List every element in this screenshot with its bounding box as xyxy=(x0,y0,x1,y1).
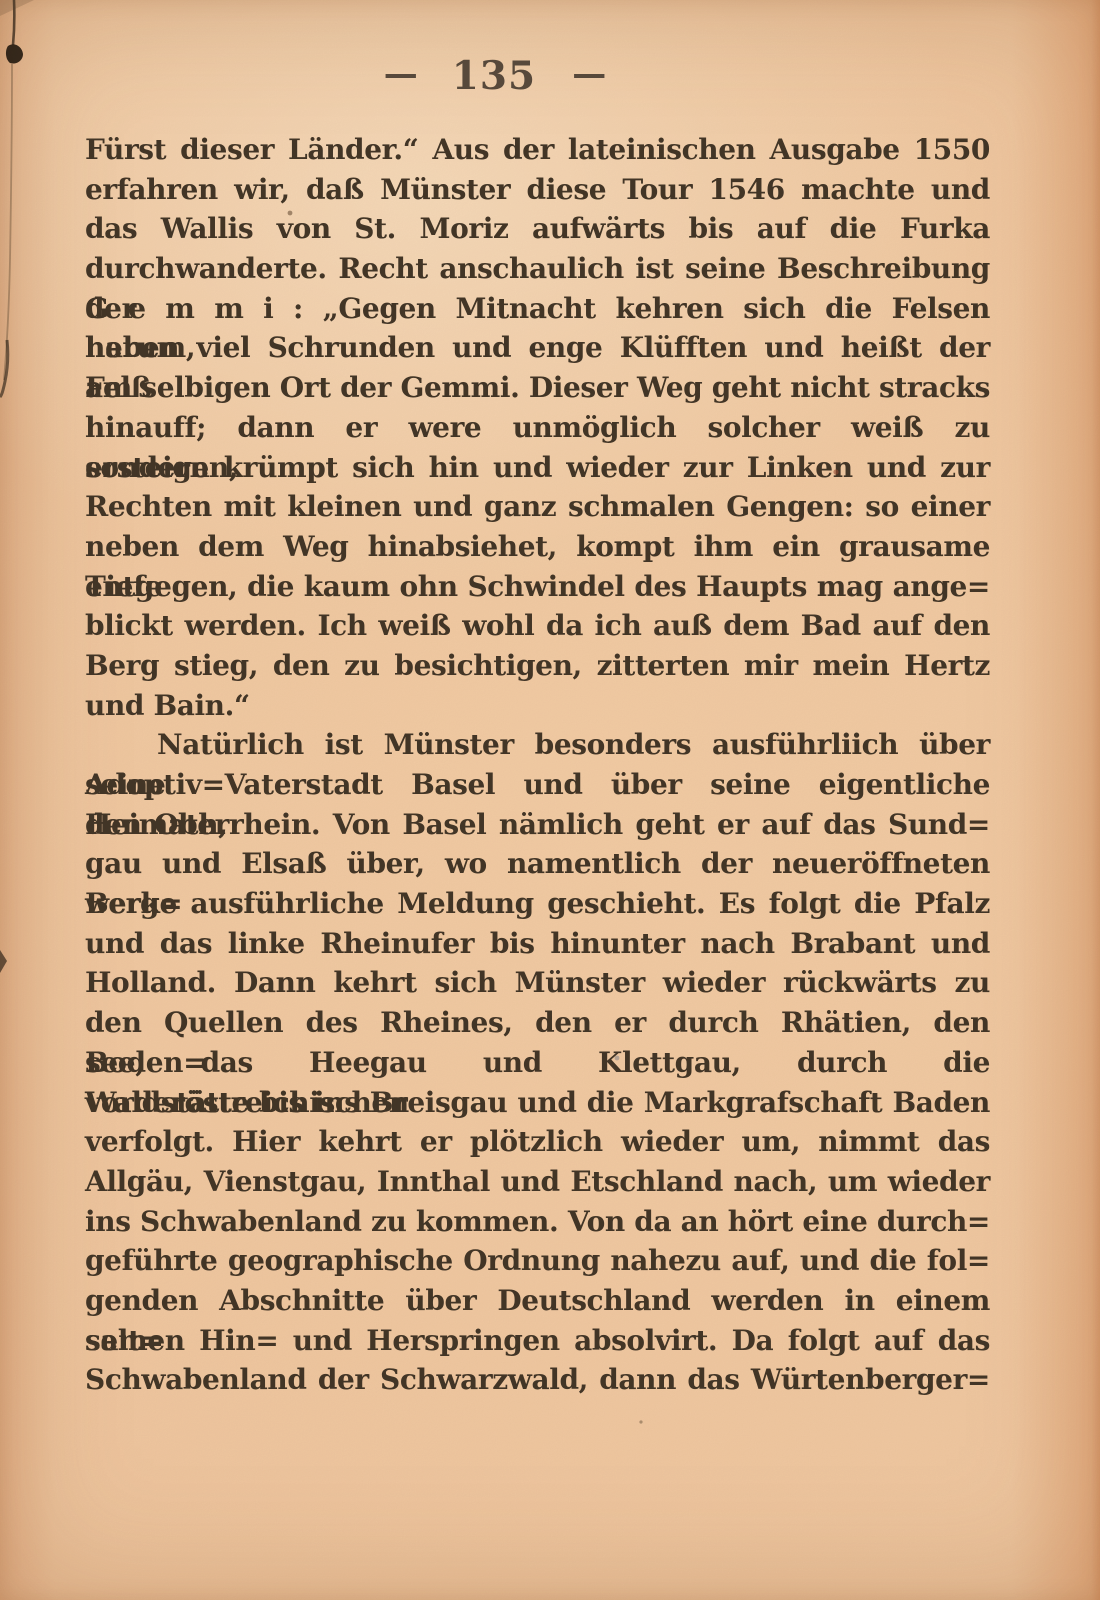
text-line: Schwabenland der Schwarzwald, dann das W… xyxy=(85,1360,990,1400)
text-line: genden Abschnitte über Deutschland werde… xyxy=(85,1281,990,1321)
text-line: das Wallis von St. Moriz aufwärts bis au… xyxy=(85,209,990,249)
corner-shadow xyxy=(0,0,34,16)
binding-crease-hook xyxy=(0,340,8,397)
header-dash-left: — xyxy=(384,57,416,91)
text-line: den Quellen des Rheines, den er durch Rh… xyxy=(85,1003,990,1043)
header-dash-right: — xyxy=(572,57,604,91)
text-line: samen Hin= und Herspringen absolvirt. Da… xyxy=(85,1321,990,1361)
book-page: — 135 — Fürst dieser Länder.“ Aus der la… xyxy=(0,0,1100,1600)
text-line: und Bain.“ xyxy=(85,686,990,726)
text-line: erfahren wir, daß Münster diese Tour 154… xyxy=(85,170,990,210)
text-line: ins Schwabenland zu kommen. Von da an hö… xyxy=(85,1202,990,1242)
text-line: sondern krümpt sich hin und wieder zur L… xyxy=(85,448,990,488)
text-line: blickt werden. Ich weiß wohl da ich auß … xyxy=(85,606,990,646)
paper-speck-4 xyxy=(639,1420,642,1423)
text-block: Fürst dieser Länder.“ Aus der lateinisch… xyxy=(85,130,990,1400)
text-line: hinauff; dann er were unmöglich solcher … xyxy=(85,408,990,448)
text-line: Holland. Dann kehrt sich Münster wieder … xyxy=(85,963,990,1003)
text-line: geführte geographische Ordnung nahezu au… xyxy=(85,1241,990,1281)
text-line: see, das Heegau und Klettgau, durch die … xyxy=(85,1043,990,1083)
text-line: am selbigen Ort der Gemmi. Dieser Weg ge… xyxy=(85,368,990,408)
text-line: gau und Elsaß über, wo namentlich der ne… xyxy=(85,844,990,884)
text-line: Fürst dieser Länder.“ Aus der lateinisch… xyxy=(85,130,990,170)
text-line: entgegen, die kaum ohn Schwindel des Hau… xyxy=(85,567,990,607)
text-line: G e m m i : „Gegen Mitnacht kehren sich … xyxy=(85,289,990,329)
paragraph-1: Fürst dieser Länder.“ Aus der lateinisch… xyxy=(85,130,990,725)
paragraph-2: Natürlich ist Münster besonders ausführl… xyxy=(85,725,990,1400)
page-number: 135 xyxy=(452,57,536,96)
text-line: neben dem Weg hinabsiehet, kompt ihm ein… xyxy=(85,527,990,567)
text-line: Berg stieg, den zu besichtigen, zitterte… xyxy=(85,646,990,686)
text-line: verfolgt. Hier kehrt er plötzlich wieder… xyxy=(85,1122,990,1162)
text-line: werke ausführliche Meldung geschieht. Es… xyxy=(85,884,990,924)
text-line: Rechten mit kleinen und ganz schmalen Ge… xyxy=(85,487,990,527)
binding-crease-top xyxy=(13,0,14,45)
edge-mark xyxy=(0,950,7,973)
text-line: haben viel Schrunden und enge Klüfften u… xyxy=(85,328,990,368)
text-line: Adoptiv=Vaterstadt Basel und über seine … xyxy=(85,765,990,805)
page-header: — 135 — xyxy=(0,52,988,100)
text-line: Natürlich ist Münster besonders ausführl… xyxy=(85,725,990,765)
text-line: und das linke Rheinufer bis hinunter nac… xyxy=(85,924,990,964)
text-line: Allgäu, Vienstgau, Innthal und Etschland… xyxy=(85,1162,990,1202)
text-line: Waldstätte bis ins Breisgau und die Mark… xyxy=(85,1083,990,1123)
binding-crease-middle xyxy=(4,64,12,380)
text-line: den Oberrhein. Von Basel nämlich geht er… xyxy=(85,805,990,845)
text-line: durchwanderte. Recht anschaulich ist sei… xyxy=(85,249,990,289)
